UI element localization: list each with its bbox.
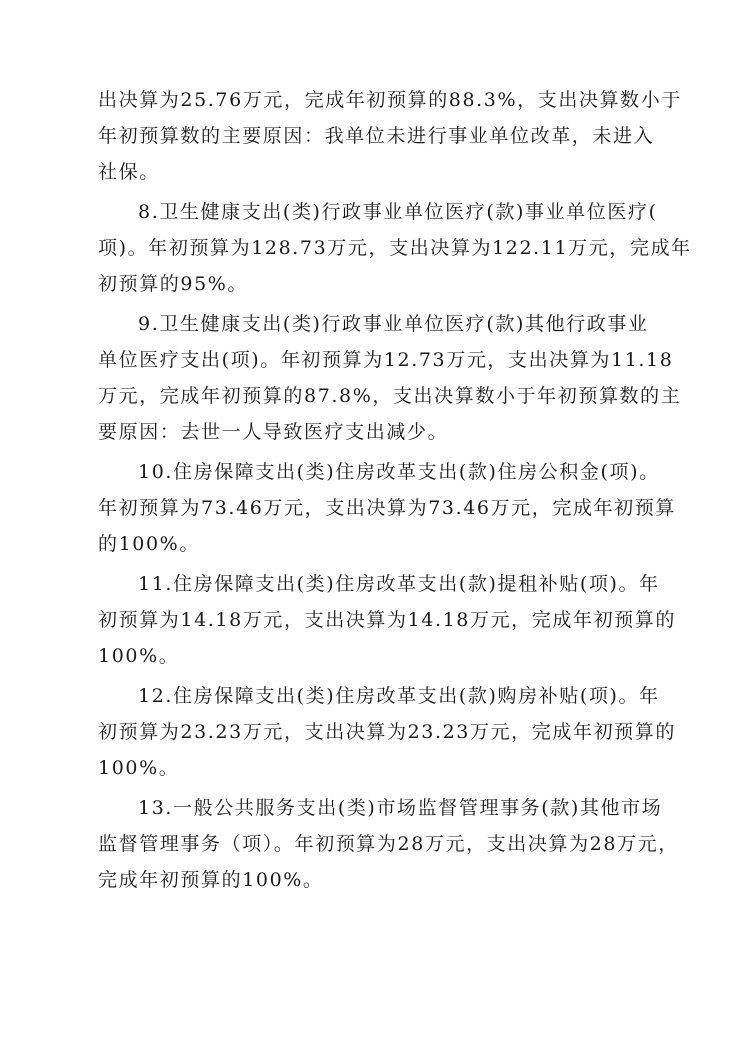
text-line: 年初预算数的主要原因：我单位未进行事业单位改革，未进入: [98, 122, 658, 158]
text-line: 出决算为25.76万元，完成年初预算的88.3%，支出决算数小于: [98, 86, 658, 122]
text-line: 100%。: [98, 642, 658, 678]
paragraph-12: 12.住房保障支出(类)住房改革支出(款)购房补贴(项)。年 初预算为23.23…: [98, 682, 658, 790]
text-line: 12.住房保障支出(类)住房改革支出(款)购房补贴(项)。年: [98, 682, 658, 718]
text-line: 项)。年初预算为128.73万元，支出决算为122.11万元，完成年: [98, 234, 658, 270]
paragraph-8: 8.卫生健康支出(类)行政事业单位医疗(款)事业单位医疗( 项)。年初预算为12…: [98, 198, 658, 306]
text-line: 13.一般公共服务支出(类)市场监督管理事务(款)其他市场: [98, 794, 658, 830]
text-line: 8.卫生健康支出(类)行政事业单位医疗(款)事业单位医疗(: [98, 198, 658, 234]
text-line: 年初预算为73.46万元，支出决算为73.46万元，完成年初预算: [98, 494, 658, 530]
document-body: 出决算为25.76万元，完成年初预算的88.3%，支出决算数小于 年初预算数的主…: [98, 86, 658, 902]
text-line: 万元，完成年初预算的87.8%，支出决算数小于年初预算数的主: [98, 382, 658, 418]
paragraph-13: 13.一般公共服务支出(类)市场监督管理事务(款)其他市场 监督管理事务（项）。…: [98, 794, 658, 902]
paragraph-7-continuation: 出决算为25.76万元，完成年初预算的88.3%，支出决算数小于 年初预算数的主…: [98, 86, 658, 194]
text-line: 监督管理事务（项）。年初预算为28万元，支出决算为28万元，: [98, 830, 658, 866]
text-line: 的100%。: [98, 530, 658, 566]
text-line: 初预算的95%。: [98, 270, 658, 306]
paragraph-10: 10.住房保障支出(类)住房改革支出(款)住房公积金(项)。 年初预算为73.4…: [98, 458, 658, 566]
document-page: 出决算为25.76万元，完成年初预算的88.3%，支出决算数小于 年初预算数的主…: [0, 0, 744, 1052]
text-line: 11.住房保障支出(类)住房改革支出(款)提租补贴(项)。年: [98, 570, 658, 606]
text-line: 10.住房保障支出(类)住房改革支出(款)住房公积金(项)。: [98, 458, 658, 494]
text-line: 初预算为23.23万元，支出决算为23.23万元，完成年初预算的: [98, 718, 658, 754]
text-line: 单位医疗支出(项)。年初预算为12.73万元，支出决算为11.18: [98, 346, 658, 382]
text-line: 完成年初预算的100%。: [98, 866, 658, 902]
text-line: 9.卫生健康支出(类)行政事业单位医疗(款)其他行政事业: [98, 310, 658, 346]
paragraph-11: 11.住房保障支出(类)住房改革支出(款)提租补贴(项)。年 初预算为14.18…: [98, 570, 658, 678]
paragraph-9: 9.卫生健康支出(类)行政事业单位医疗(款)其他行政事业 单位医疗支出(项)。年…: [98, 310, 658, 454]
text-line: 社保。: [98, 158, 658, 194]
text-line: 初预算为14.18万元，支出决算为14.18万元，完成年初预算的: [98, 606, 658, 642]
text-line: 要原因：去世一人导致医疗支出减少。: [98, 418, 658, 454]
text-line: 100%。: [98, 754, 658, 790]
